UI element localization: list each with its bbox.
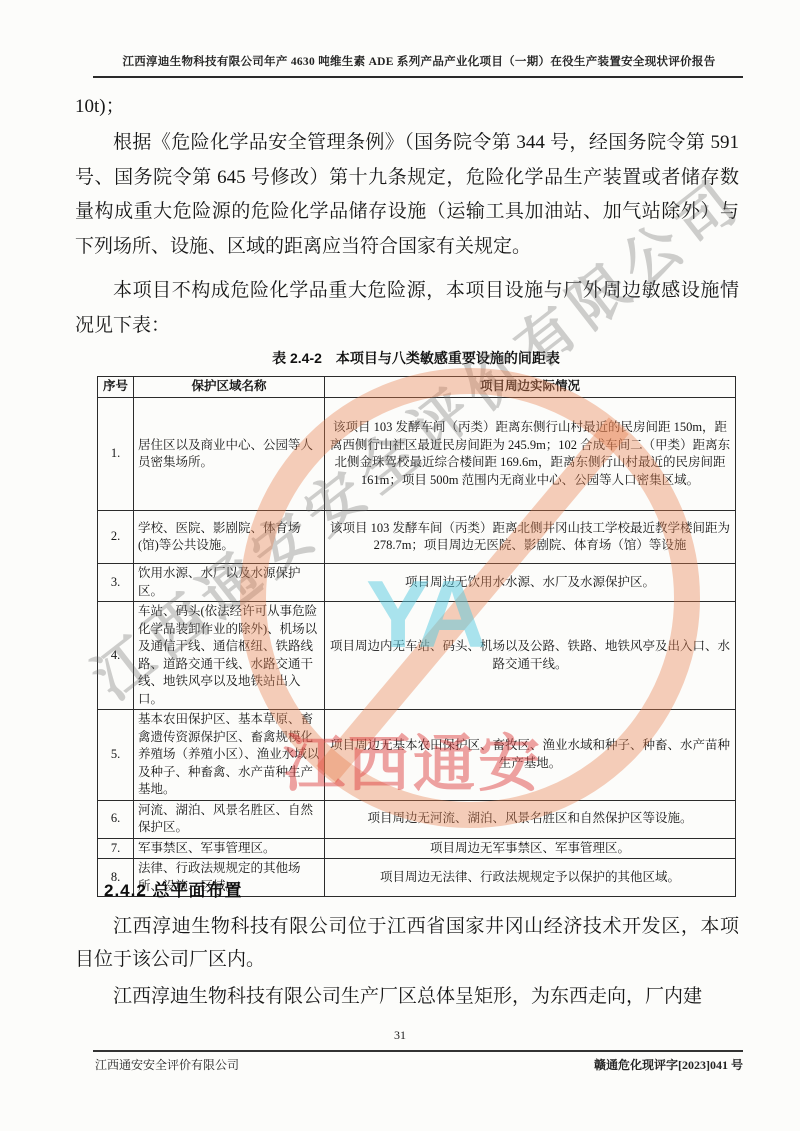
header-divider <box>93 76 743 78</box>
row-area: 车站、码头(依法经许可从事危险化学品装卸作业的除外)、机场以及通信干线、通信枢纽… <box>134 602 325 710</box>
table-row: 4. 车站、码头(依法经许可从事危险化学品装卸作业的除外)、机场以及通信干线、通… <box>98 602 736 710</box>
row-area: 河流、湖泊、风景名胜区、自然保护区。 <box>134 800 325 838</box>
row-status: 项目周边无法律、行政法规规定予以保护的其他区域。 <box>325 859 736 897</box>
row-status: 该项目 103 发酵车间（丙类）距离东侧行山村最近的民房间距 150m，距离西侧… <box>325 398 736 511</box>
row-no: 4. <box>98 602 134 710</box>
col-header-status: 项目周边实际情况 <box>325 377 736 398</box>
row-status: 项目周边无军事禁区、军事管理区。 <box>325 838 736 859</box>
paragraph-regulation: 根据《危险化学品安全管理条例》（国务院令第 344 号，经国务院令第 591 号… <box>75 126 739 264</box>
footer: 江西通安安全评价有限公司 赣通危化现评字[2023]041 号 <box>95 1056 743 1073</box>
row-area: 基本农田保护区、基本草原、畜禽遗传资源保护区、畜禽规模化养殖场（养殖小区）、渔业… <box>134 710 325 801</box>
row-area: 居住区以及商业中心、公园等人员密集场所。 <box>134 398 325 511</box>
footer-document-number: 赣通危化现评字[2023]041 号 <box>594 1056 743 1073</box>
paragraph-location: 江西淳迪生物科技有限公司位于江西省国家井冈山经济技术开发区，本项目位于该公司厂区… <box>75 910 739 976</box>
col-header-area: 保护区域名称 <box>134 377 325 398</box>
row-status: 项目周边无河流、湖泊、风景名胜区和自然保护区等设施。 <box>325 800 736 838</box>
row-status: 该项目 103 发酵车间（丙类）距离北侧井冈山技工学校最近教学楼间距为 278.… <box>325 511 736 564</box>
row-no: 1. <box>98 398 134 511</box>
page-number: 31 <box>0 1028 800 1043</box>
table-row: 1. 居住区以及商业中心、公园等人员密集场所。 该项目 103 发酵车间（丙类）… <box>98 398 736 511</box>
paragraph-continuation: 10t)； <box>75 90 739 125</box>
section-heading: 2.4.2 总平面布置 <box>104 876 243 901</box>
document-page: 江西淳迪生物科技有限公司年产 4630 吨维生素 ADE 系列产品产业化项目（一… <box>0 0 800 1131</box>
footer-divider <box>93 1050 743 1052</box>
paragraph-intro-table: 本项目不构成危险化学品重大危险源，本项目设施与厂外周边敏感设施情况见下表： <box>75 274 739 343</box>
table-row: 6. 河流、湖泊、风景名胜区、自然保护区。 项目周边无河流、湖泊、风景名胜区和自… <box>98 800 736 838</box>
row-no: 7. <box>98 838 134 859</box>
row-status: 项目周边无基本农田保护区、畜牧区、渔业水域和种子、种畜、水产苗种生产基地。 <box>325 710 736 801</box>
row-no: 5. <box>98 710 134 801</box>
row-status: 项目周边内无车站、码头、机场以及公路、铁路、地铁风亭及出入口、水路交通干线。 <box>325 602 736 710</box>
row-area: 学校、医院、影剧院、体育场(馆)等公共设施。 <box>134 511 325 564</box>
report-header-title: 江西淳迪生物科技有限公司年产 4630 吨维生素 ADE 系列产品产业化项目（一… <box>95 53 743 69</box>
table-row: 2. 学校、医院、影剧院、体育场(馆)等公共设施。 该项目 103 发酵车间（丙… <box>98 511 736 564</box>
row-no: 6. <box>98 800 134 838</box>
footer-company: 江西通安安全评价有限公司 <box>95 1056 239 1073</box>
row-area: 军事禁区、军事管理区。 <box>134 838 325 859</box>
table-row: 7. 军事禁区、军事管理区。 项目周边无军事禁区、军事管理区。 <box>98 838 736 859</box>
row-no: 3. <box>98 564 134 602</box>
table-row: 5. 基本农田保护区、基本草原、畜禽遗传资源保护区、畜禽规模化养殖场（养殖小区）… <box>98 710 736 801</box>
distance-table: 序号 保护区域名称 项目周边实际情况 1. 居住区以及商业中心、公园等人员密集场… <box>97 376 736 897</box>
row-no: 2. <box>98 511 134 564</box>
table-caption: 表 2.4-2 本项目与八类敏感重要设施的间距表 <box>97 348 735 368</box>
row-status: 项目周边无饮用水水源、水厂及水源保护区。 <box>325 564 736 602</box>
col-header-no: 序号 <box>98 377 134 398</box>
table-header-row: 序号 保护区域名称 项目周边实际情况 <box>98 377 736 398</box>
table-row: 3. 饮用水源、水厂以及水源保护区。 项目周边无饮用水水源、水厂及水源保护区。 <box>98 564 736 602</box>
paragraph-layout: 江西淳迪生物科技有限公司生产厂区总体呈矩形，为东西走向，厂内建 <box>75 980 739 1013</box>
row-area: 饮用水源、水厂以及水源保护区。 <box>134 564 325 602</box>
